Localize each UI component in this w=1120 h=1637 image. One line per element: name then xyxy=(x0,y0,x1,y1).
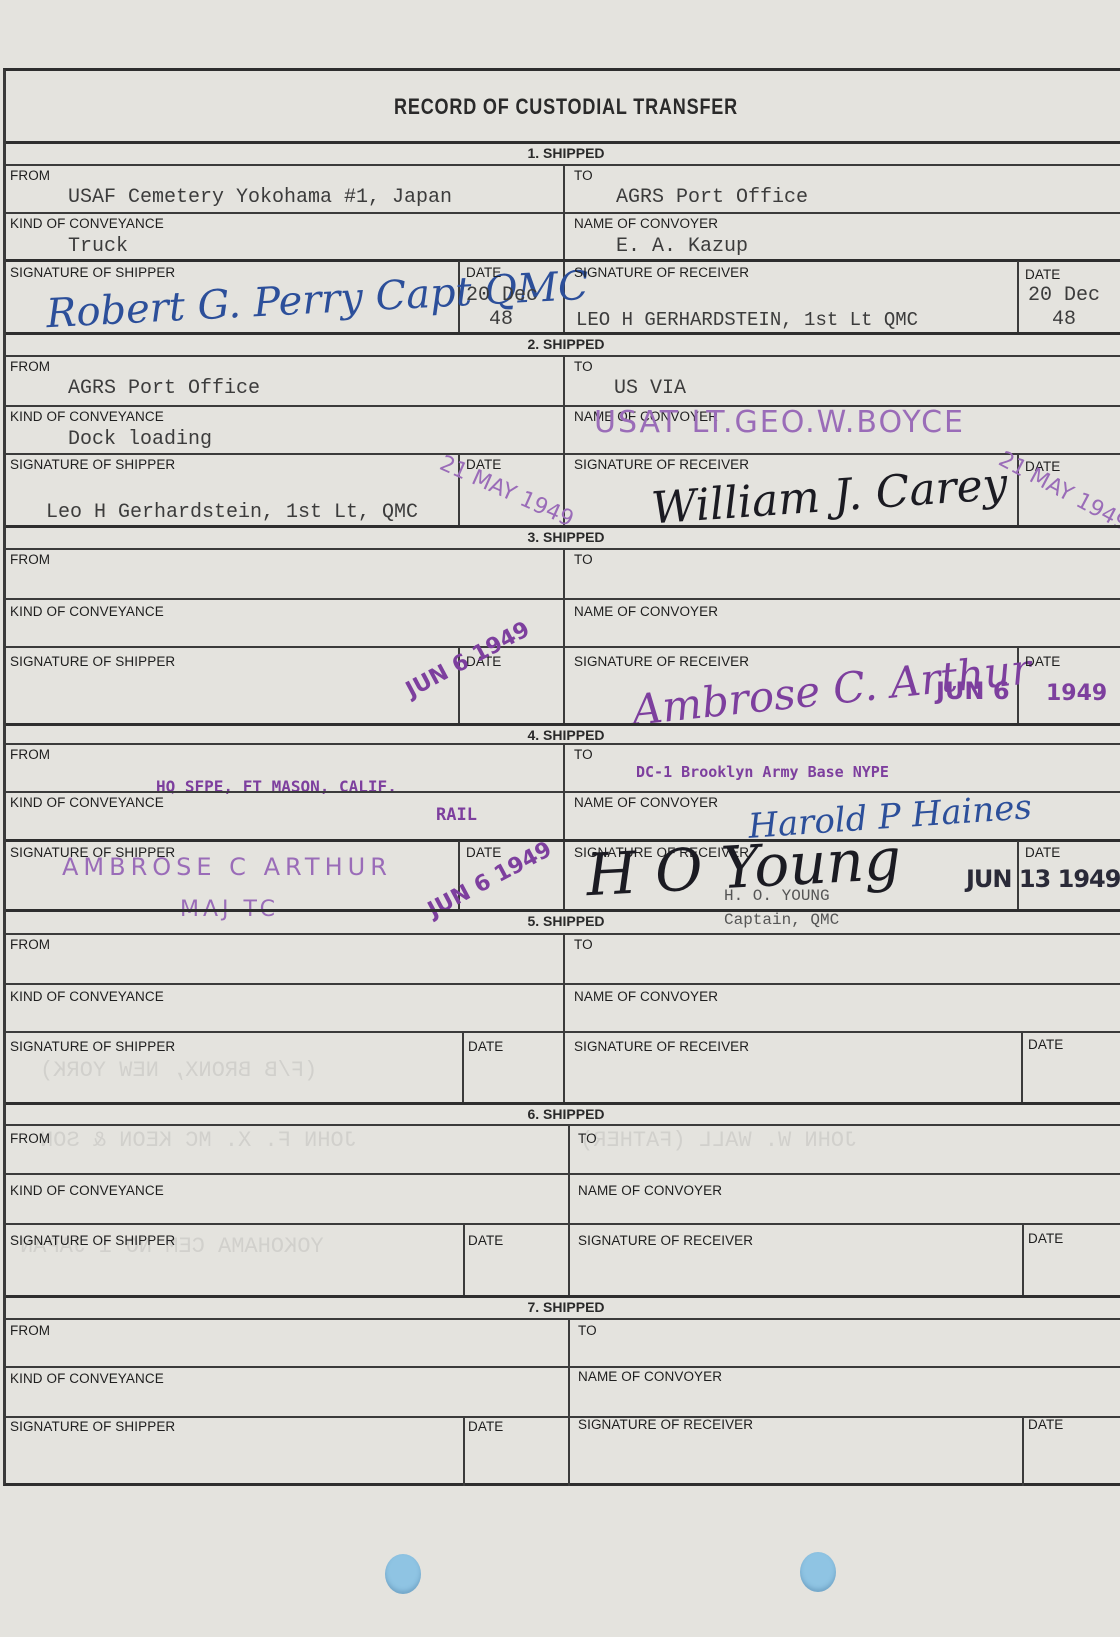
date-divider xyxy=(463,1223,465,1296)
name-of-convoyer-label: NAME OF CONVOYER xyxy=(578,1183,722,1198)
section-2-shipper-signature: Leo H Gerhardstein, 1st Lt, QMC xyxy=(46,501,418,524)
rule xyxy=(6,1173,1120,1175)
date-label: DATE xyxy=(468,1233,503,1248)
rule xyxy=(6,259,1120,262)
from-label: FROM xyxy=(10,1131,50,1146)
date-label: DATE xyxy=(1025,845,1060,860)
from-label: FROM xyxy=(10,937,50,952)
form-title: RECORD OF CUSTODIAL TRANSFER xyxy=(107,71,1025,143)
date-divider xyxy=(462,1031,464,1103)
section-4-receiver-typed-name: H. O. YOUNG xyxy=(724,887,830,905)
section-1-convoyer-value: E. A. Kazup xyxy=(616,235,748,258)
date-label: DATE xyxy=(1028,1231,1063,1246)
name-of-convoyer-label: NAME OF CONVOYER xyxy=(578,1369,722,1384)
from-label: FROM xyxy=(10,1323,50,1338)
section-2-from-value: AGRS Port Office xyxy=(68,377,260,400)
date-label: DATE xyxy=(1025,654,1060,669)
date-label: DATE xyxy=(1028,1037,1063,1052)
signature-of-shipper-label: SIGNATURE OF SHIPPER xyxy=(10,457,175,472)
section-7-header: 7. SHIPPED xyxy=(6,1296,1120,1318)
date-label: DATE xyxy=(466,265,501,280)
date-label: DATE xyxy=(1025,267,1060,282)
section-1-shipper-date: 20 Dec xyxy=(466,284,538,307)
to-label: TO xyxy=(574,937,593,952)
signature-of-receiver-label: SIGNATURE OF RECEIVER xyxy=(574,265,749,280)
section-4-from-stamp: HQ SFPE, FT MASON, CALIF. xyxy=(156,777,397,796)
rule xyxy=(6,1318,1120,1320)
date-label: DATE xyxy=(1028,1417,1063,1432)
section-2-header: 2. SHIPPED xyxy=(6,333,1120,355)
from-label: FROM xyxy=(10,552,50,567)
rule xyxy=(6,1031,1120,1033)
custodial-transfer-form: RECORD OF CUSTODIAL TRANSFER 1. SHIPPED … xyxy=(3,68,1120,1486)
signature-of-shipper-label: SIGNATURE OF SHIPPER xyxy=(10,1039,175,1054)
signature-of-shipper-label: SIGNATURE OF SHIPPER xyxy=(10,265,175,280)
date-divider xyxy=(1022,1416,1024,1486)
rule xyxy=(6,983,1120,985)
section-5-header: 5. SHIPPED xyxy=(6,910,1120,932)
section-1-to-value: AGRS Port Office xyxy=(616,186,808,209)
punch-hole xyxy=(385,1554,421,1594)
section-4-conveyance-stamp: RAIL xyxy=(436,805,477,825)
section-4-receiver-date-stamp: JUN 13 1949 xyxy=(966,865,1120,893)
date-label: DATE xyxy=(468,1039,503,1054)
section-2-convoyer-stamp: USAT LT.GEO.W.BOYCE xyxy=(594,405,965,440)
date-divider xyxy=(463,1416,465,1486)
section-1-shipper-date-year: 48 xyxy=(489,308,513,331)
section-3-receiver-date-stamp: JUN 6 xyxy=(936,677,1010,705)
signature-of-receiver-label: SIGNATURE OF RECEIVER xyxy=(578,1417,753,1432)
kind-of-conveyance-label: KIND OF CONVEYANCE xyxy=(10,409,164,424)
signature-of-receiver-label: SIGNATURE OF RECEIVER xyxy=(574,654,749,669)
section-3-receiver-date-year: 1949 xyxy=(1046,681,1107,706)
to-label: TO xyxy=(574,552,593,567)
signature-of-receiver-label: SIGNATURE OF RECEIVER xyxy=(578,1233,753,1248)
kind-of-conveyance-label: KIND OF CONVEYANCE xyxy=(10,1183,164,1198)
section-4-shipper-name-stamp: AMBROSE C ARTHUR xyxy=(62,853,392,881)
section-4-to-stamp: DC-1 Brooklyn Army Base NYPE xyxy=(636,763,889,781)
kind-of-conveyance-label: KIND OF CONVEYANCE xyxy=(10,604,164,619)
rule xyxy=(6,1416,1120,1418)
section-6-header: 6. SHIPPED xyxy=(6,1103,1120,1125)
rule xyxy=(6,1124,1120,1126)
to-label: TO xyxy=(574,359,593,374)
signature-of-shipper-label: SIGNATURE OF SHIPPER xyxy=(10,1233,175,1248)
section-3-shipper-date-stamp: JUN 6 1949 xyxy=(402,617,534,703)
punch-hole xyxy=(800,1552,836,1592)
section-1-receiver-date: 20 Dec xyxy=(1028,284,1100,307)
to-label: TO xyxy=(574,747,593,762)
kind-of-conveyance-label: KIND OF CONVEYANCE xyxy=(10,795,164,810)
signature-of-receiver-label: SIGNATURE OF RECEIVER xyxy=(574,1039,749,1054)
from-label: FROM xyxy=(10,747,50,762)
signature-of-shipper-label: SIGNATURE OF SHIPPER xyxy=(10,1419,175,1434)
rule xyxy=(6,212,1120,214)
section-3-header: 3. SHIPPED xyxy=(6,526,1120,548)
date-label: DATE xyxy=(468,1419,503,1434)
kind-of-conveyance-label: KIND OF CONVEYANCE xyxy=(10,989,164,1004)
signature-of-receiver-label: SIGNATURE OF RECEIVER xyxy=(574,457,749,472)
column-divider xyxy=(563,933,565,1103)
rule xyxy=(6,453,1120,455)
section-1-header: 1. SHIPPED xyxy=(6,142,1120,164)
date-divider xyxy=(1022,1223,1024,1296)
rule xyxy=(6,646,1120,648)
section-2-conveyance-value: Dock loading xyxy=(68,428,212,451)
to-label: TO xyxy=(574,168,593,183)
rule xyxy=(6,598,1120,600)
section-1-receiver-signature: LEO H GERHARDSTEIN, 1st Lt QMC xyxy=(576,309,918,331)
date-label: DATE xyxy=(466,845,501,860)
column-divider xyxy=(563,548,565,724)
kind-of-conveyance-label: KIND OF CONVEYANCE xyxy=(10,216,164,231)
rule xyxy=(6,1366,1120,1368)
section-2-to-value: US VIA xyxy=(614,377,686,400)
section-1-from-value: USAF Cemetery Yokohama #1, Japan xyxy=(68,186,452,209)
section-1-receiver-date-year: 48 xyxy=(1052,308,1076,331)
to-label: TO xyxy=(578,1323,597,1338)
name-of-convoyer-label: NAME OF CONVOYER xyxy=(574,795,718,810)
kind-of-conveyance-label: KIND OF CONVEYANCE xyxy=(10,1371,164,1386)
from-label: FROM xyxy=(10,168,50,183)
signature-of-shipper-label: SIGNATURE OF SHIPPER xyxy=(10,654,175,669)
column-divider xyxy=(563,743,565,911)
name-of-convoyer-label: NAME OF CONVOYER xyxy=(574,989,718,1004)
rule xyxy=(6,839,1120,842)
name-of-convoyer-label: NAME OF CONVOYER xyxy=(574,216,718,231)
date-divider xyxy=(1021,1031,1023,1103)
column-divider xyxy=(568,1318,570,1486)
to-label: TO xyxy=(578,1131,597,1146)
from-label: FROM xyxy=(10,359,50,374)
date-divider xyxy=(1017,261,1019,332)
name-of-convoyer-label: NAME OF CONVOYER xyxy=(574,604,718,619)
section-1-conveyance-value: Truck xyxy=(68,235,128,258)
column-divider xyxy=(568,1124,570,1296)
rule xyxy=(6,1223,1120,1225)
column-divider xyxy=(563,355,565,526)
